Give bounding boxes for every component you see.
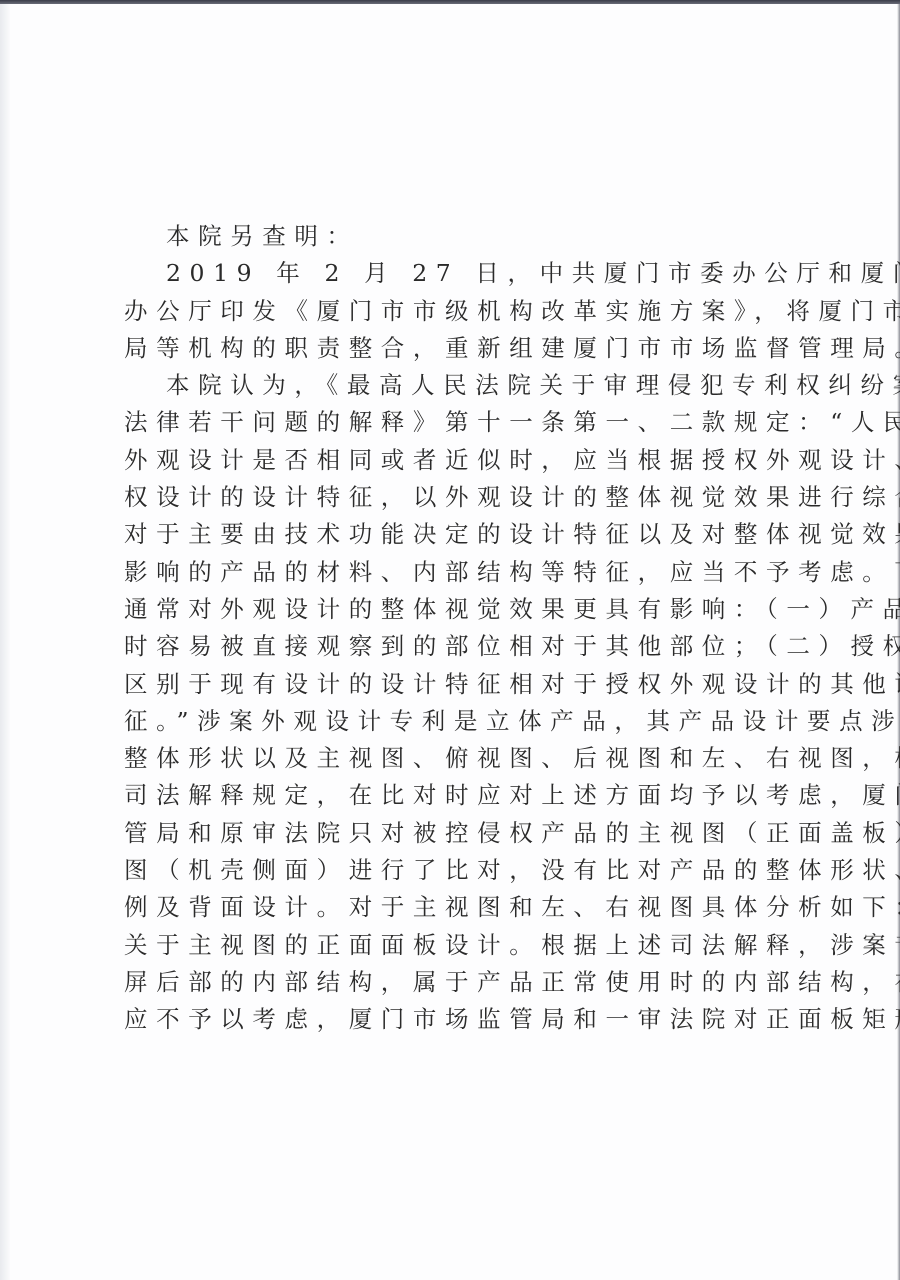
text-line: 办公厅印发《厦门市市级机构改革实施方案》，将厦门市知识产权 xyxy=(124,293,796,330)
paragraph-court-opinion: 本院认为，《最高人民法院关于审理侵犯专利权纠纷案件应用 法律若干问题的解释》第十… xyxy=(124,367,796,1038)
text-line: 管局和原审法院只对被控侵权产品的主视图（正面盖板）和左视 xyxy=(124,815,796,852)
text-line: 区别于现有设计的设计特征相对于授权外观设计的其他设计特 xyxy=(124,666,796,703)
text-line: 外观设计是否相同或者近似时，应当根据授权外观设计、被诉侵 xyxy=(124,442,796,479)
text-line: 司法解释规定，在比对时应对上述方面均予以考虑，厦门市场监 xyxy=(124,777,796,814)
text-line: 局等机构的职责整合，重新组建厦门市市场监督管理局。 xyxy=(124,330,796,367)
text-line: 应不予以考虑，厦门市场监管局和一审法院对正面板矩形框后部 xyxy=(124,1001,796,1038)
text-line: 法律若干问题的解释》第十一条第一、二款规定：“人民法院认定 xyxy=(124,404,796,441)
text-line: 时容易被直接观察到的部位相对于其他部位；（二）授权外观设计 xyxy=(124,628,796,665)
text-line: 影响的产品的材料、内部结构等特征，应当不予考虑。下列情形， xyxy=(124,554,796,591)
text-line: 例及背面设计。对于主视图和左、右视图具体分析如下：首先， xyxy=(124,889,796,926)
paragraph-additional-finding-heading: 本院另查明： xyxy=(124,218,796,255)
text-line: 对于主要由技术功能决定的设计特征以及对整体视觉效果不产生 xyxy=(124,516,796,553)
text-line: 屏后部的内部结构，属于产品正常使用时的内部结构，在比对时 xyxy=(124,964,796,1001)
scan-top-edge xyxy=(0,0,900,4)
text-line: 图（机壳侧面）进行了比对，没有比对产品的整体形状、基本比 xyxy=(124,852,796,889)
text-line: 通常对外观设计的整体视觉效果更具有影响：（一）产品正常使用 xyxy=(124,591,796,628)
text-line: 权设计的设计特征，以外观设计的整体视觉效果进行综合判断； xyxy=(124,479,796,516)
text-line: 本院认为，《最高人民法院关于审理侵犯专利权纠纷案件应用 xyxy=(124,367,796,404)
scan-left-edge xyxy=(0,4,10,1280)
text-line: 本院另查明： xyxy=(124,218,796,255)
document-body: 本院另查明： 2019 年 2 月 27 日，中共厦门市委办公厅和厦门市人民政府… xyxy=(124,218,796,1039)
paragraph-institutional-reform: 2019 年 2 月 27 日，中共厦门市委办公厅和厦门市人民政府 办公厅印发《… xyxy=(124,255,796,367)
text-line: 关于主视图的正面面板设计。根据上述司法解释，涉案专利液晶 xyxy=(124,927,796,964)
text-line: 整体形状以及主视图、俯视图、后视图和左、右视图，根据上述 xyxy=(124,740,796,777)
text-line: 2019 年 2 月 27 日，中共厦门市委办公厅和厦门市人民政府 xyxy=(124,255,796,292)
text-line: 征。”涉案外观设计专利是立体产品，其产品设计要点涉及产品的 xyxy=(124,703,796,740)
